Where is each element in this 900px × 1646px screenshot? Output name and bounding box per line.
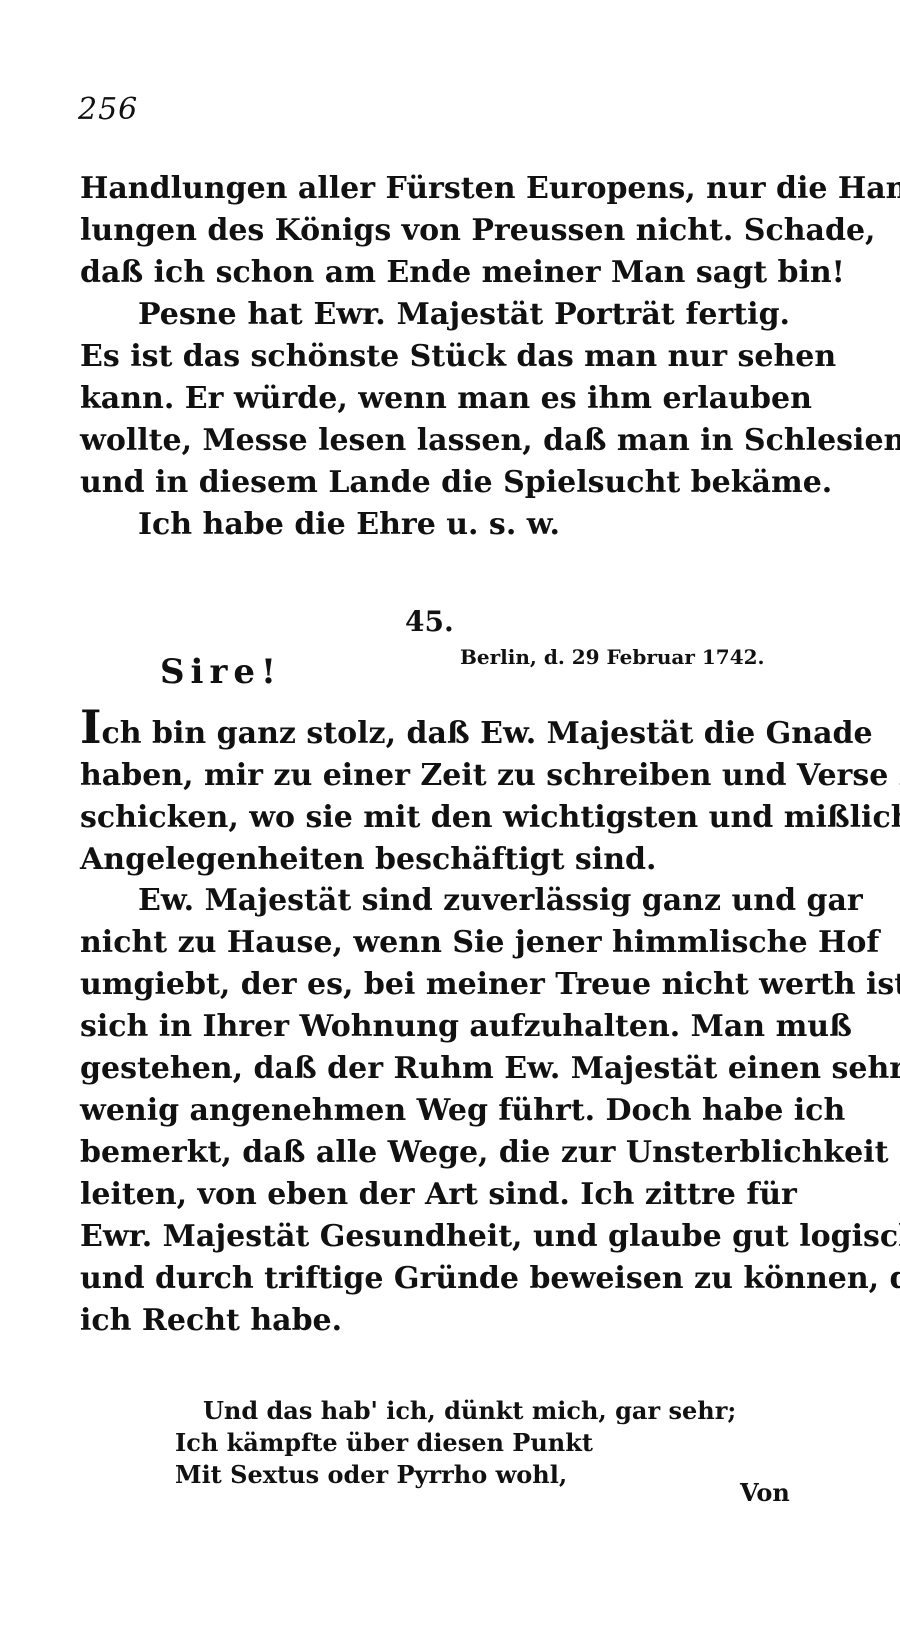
text-line: lungen des Königs von Preussen nicht. Sc… [80, 210, 790, 252]
letter-dateline: Berlin, d. 29 Februar 1742. [460, 645, 765, 669]
text-line: sich in Ihrer Wohnung aufzuhalten. Man m… [80, 1006, 790, 1048]
verse-line: Ich kämpfte über diesen Punkt [175, 1427, 736, 1459]
text-line: bemerkt, daß alle Wege, die zur Unsterbl… [80, 1132, 790, 1174]
text-line: Ew. Majestät sind zuverlässig ganz und g… [80, 880, 790, 922]
letter-paragraph-2: Ew. Majestät sind zuverlässig ganz und g… [80, 880, 790, 1342]
previous-letter-paragraph-2: Pesne hat Ewr. Majestät Porträt fertig. … [80, 294, 790, 504]
text-line: und in diesem Lande die Spielsucht bekäm… [80, 462, 790, 504]
text-line-rest: ch bin ganz stolz, daß Ew. Majestät die … [102, 716, 873, 751]
drop-cap: I [80, 700, 102, 754]
text-line: gestehen, daß der Ruhm Ew. Majestät eine… [80, 1048, 790, 1090]
letter-salutation: Sire! [160, 652, 282, 692]
letter-number: 45. [405, 605, 454, 638]
text-line: umgiebt, der es, bei meiner Treue nicht … [80, 964, 790, 1006]
verse-line: Mit Sextus oder Pyrrho wohl, [175, 1459, 736, 1491]
text-line: daß ich schon am Ende meiner Man sagt bi… [80, 252, 790, 294]
text-line: Angelegenheiten beschäftigt sind. [80, 839, 790, 881]
previous-letter-paragraph-1: Handlungen aller Fürsten Europens, nur d… [80, 168, 790, 294]
text-line: schicken, wo sie mit den wichtigsten und… [80, 797, 790, 839]
book-page: 256 Handlungen aller Fürsten Europens, n… [0, 0, 900, 1646]
text-line: Es ist das schönste Stück das man nur se… [80, 336, 790, 378]
text-line: und durch triftige Gründe beweisen zu kö… [80, 1258, 790, 1300]
page-number: 256 [78, 92, 138, 127]
verse-line: Und das hab' ich, dünkt mich, gar sehr; [175, 1395, 736, 1427]
previous-letter-closing: Ich habe die Ehre u. s. w. [80, 504, 790, 546]
text-line: leiten, von eben der Art sind. Ich zittr… [80, 1174, 790, 1216]
text-line: wenig angenehmen Weg führt. Doch habe ic… [80, 1090, 790, 1132]
verse-quotation: Und das hab' ich, dünkt mich, gar sehr; … [175, 1395, 736, 1491]
text-line: ich Recht habe. [80, 1300, 790, 1342]
text-line: haben, mir zu einer Zeit zu schreiben un… [80, 755, 790, 797]
text-line: nicht zu Hause, wenn Sie jener himmlisch… [80, 922, 790, 964]
text-line: Pesne hat Ewr. Majestät Porträt fertig. [80, 294, 790, 336]
text-line: Ewr. Majestät Gesundheit, und glaube gut… [80, 1216, 790, 1258]
closing-line: Ich habe die Ehre u. s. w. [80, 504, 790, 546]
letter-paragraph-1: Ich bin ganz stolz, daß Ew. Majestät die… [80, 712, 790, 881]
catchword: Von [740, 1478, 790, 1507]
text-line: wollte, Messe lesen lassen, daß man in S… [80, 420, 790, 462]
text-line: Ich bin ganz stolz, daß Ew. Majestät die… [80, 712, 790, 755]
text-line: Handlungen aller Fürsten Europens, nur d… [80, 168, 790, 210]
text-line: kann. Er würde, wenn man es ihm erlauben [80, 378, 790, 420]
